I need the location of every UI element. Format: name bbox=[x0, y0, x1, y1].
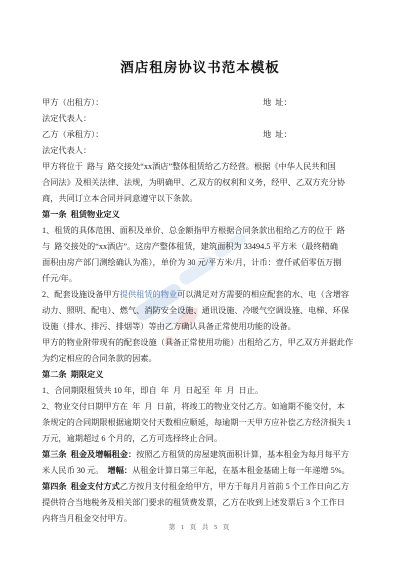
document-line: 仟元/年。 bbox=[42, 271, 360, 287]
document-line: 1、租赁的具体范围、面积及单价、总金额指甲方根据合同条款出租给乙方的位于 路 bbox=[42, 223, 360, 239]
document-line: 米人民币 30 元。 增幅：从租金计算日第三年起，在基本租金基础上每一年递增 5… bbox=[42, 463, 360, 479]
text-segment: 条规定的合同期限根据逾期交付天数相应顺延，每逾期一天甲方应补偿乙方经济损失 1 bbox=[42, 418, 351, 427]
text-segment: 第三条 租金及增幅租金： bbox=[42, 450, 136, 459]
document-line: 动力、照明、配电）、燃气、消防安全设施、通讯设施、冷暖气空调设施、电梯、环保 bbox=[42, 303, 360, 319]
text-segment: 面积由房产部门测绘确认为准），单价为 30 元/平方米/月，计币：壹仟贰佰零伍万… bbox=[42, 258, 341, 267]
document-line: 2、配套设施设备甲方提供租赁的物业可以满足对方需要的相应配套的水、电（含增容 bbox=[42, 287, 360, 303]
text-segment: 乙方按月支付租金给甲方，甲方于每月月首前 5 个工作日向乙方 bbox=[120, 482, 349, 491]
text-segment: 2、物业交付日期甲方在 年 月 日前，将竣工的物业交付乙方。如逾期不能交付，本 bbox=[42, 402, 345, 411]
address-label: 地 址： bbox=[263, 127, 292, 143]
text-segment: 与 路交接处的“xx酒店”。这房产整体租赁，建筑面积为 33494.5 平方米（… bbox=[42, 242, 338, 251]
document-line: 乙方（承租方）：地 址： bbox=[42, 127, 360, 143]
text-segment: 提供符合当地税务及相关部门要求的租赁费发票，乙方在收到上述发票后 3 个工作日 bbox=[42, 498, 345, 507]
text-segment: 第二条 期限定义 bbox=[42, 370, 103, 379]
document-line: 第二条 期限定义 bbox=[42, 367, 360, 383]
text-segment: 合同法》及相关法律、法规，为明确甲、乙双方的权利和义务，经甲、乙双方充分协 bbox=[42, 178, 345, 187]
text-segment: 商，共同订立本合同并同意遵守以下条款。 bbox=[42, 194, 198, 203]
document-title: 酒店租房协议书范本模板 bbox=[0, 56, 400, 76]
document-line: 与 路交接处的“xx酒店”。这房产整体租赁，建筑面积为 33494.5 平方米（… bbox=[42, 239, 360, 255]
document-line: 1、合同期限租赁共 10 年，即自 年 月 日起至 年 月 日止。 bbox=[42, 383, 360, 399]
document-line: 第一条 租赁物业定义 bbox=[42, 207, 360, 223]
text-segment: 第一条 租赁物业定义 bbox=[42, 210, 120, 219]
text-segment: 万元，逾期超过 6 个月的，乙方可选择终止合同。 bbox=[42, 434, 222, 443]
text-segment: 动力、照明、配电）、燃气、消防安全设施、通讯设施、冷暖气空调设施、电梯、环保 bbox=[42, 306, 349, 315]
document-line: 万元，逾期超过 6 个月的，乙方可选择终止合同。 bbox=[42, 431, 360, 447]
document-line: 提供符合当地税务及相关部门要求的租赁费发票，乙方在收到上述发票后 3 个工作日 bbox=[42, 495, 360, 511]
text-segment: 可以满足对方需要的相应配套的水、电（含增容 bbox=[177, 290, 349, 299]
text-segment: 按照乙方租赁的房屋建筑面积计算，基本租金为每月每平方 bbox=[136, 450, 349, 459]
highlighted-text: 提供租赁的物业 bbox=[120, 290, 177, 299]
document-line: 甲方的物业附带现有的配套设施（具备正常使用功能）出租给乙方，甲乙双方并据此作 bbox=[42, 335, 360, 351]
address-label: 地 址： bbox=[263, 95, 292, 111]
text-segment: 1、租赁的具体范围、面积及单价、总金额指甲方根据合同条款出租给乙方的位于 路 bbox=[42, 226, 345, 235]
text-segment: 第四条 租金支付方式 bbox=[42, 482, 120, 491]
document-line: 甲方将位于 路与 路交接处“xx酒店”整体租赁给乙方经营。根据《中华人民共和国 bbox=[42, 159, 360, 175]
text-segment: 米人民币 30 元。 bbox=[42, 466, 108, 475]
text-segment: 法定代表人： bbox=[42, 146, 91, 155]
document-line: 法定代表人： bbox=[42, 143, 360, 159]
document-line: 法定代表人： bbox=[42, 111, 360, 127]
text-segment: 乙方（承租方）： bbox=[42, 130, 103, 139]
document-line: 为约定相应的合同条款的因素。 bbox=[42, 351, 360, 367]
text-segment: 设施（排水、排污、排烟等）等由乙方确认具备正常使用功能的设备。 bbox=[42, 322, 296, 331]
page-number: 第 1 页 共 5 页 bbox=[0, 522, 400, 531]
document-line: 第四条 租金支付方式乙方按月支付租金给甲方，甲方于每月月首前 5 个工作日向乙方 bbox=[42, 479, 360, 495]
document-body: 甲方（出租方）：地 址：法定代表人：乙方（承租方）：地 址：法定代表人：甲方将位… bbox=[42, 95, 360, 527]
document-line: 2、物业交付日期甲方在 年 月 日前，将竣工的物业交付乙方。如逾期不能交付，本 bbox=[42, 399, 360, 415]
text-segment: 仟元/年。 bbox=[42, 274, 77, 283]
document-line: 设施（排水、排污、排烟等）等由乙方确认具备正常使用功能的设备。 bbox=[42, 319, 360, 335]
document-line: 条规定的合同期限根据逾期交付天数相应顺延，每逾期一天甲方应补偿乙方经济损失 1 bbox=[42, 415, 360, 431]
document-line: 面积由房产部门测绘确认为准），单价为 30 元/平方米/月，计币：壹仟贰佰零伍万… bbox=[42, 255, 360, 271]
text-segment: 从租金计算日第三年起，在基本租金基础上每一年递增 5%。 bbox=[132, 466, 350, 475]
text-segment: 甲方（出租方）： bbox=[42, 98, 103, 107]
text-segment: 增幅： bbox=[108, 466, 133, 475]
text-segment: 1、合同期限租赁共 10 年，即自 年 月 日起至 年 月 日止。 bbox=[42, 386, 263, 395]
text-segment: 2、配套设施设备甲方 bbox=[42, 290, 120, 299]
document-line: 甲方（出租方）：地 址： bbox=[42, 95, 360, 111]
document-line: 合同法》及相关法律、法规，为明确甲、乙双方的权利和义务，经甲、乙双方充分协 bbox=[42, 175, 360, 191]
text-segment: 甲方的物业附带现有的配套设施（具备正常使用功能）出租给乙方，甲乙双方并据此作 bbox=[42, 338, 353, 347]
text-segment: 法定代表人： bbox=[42, 114, 91, 123]
text-segment: 甲方将位于 路与 路交接处“xx酒店”整体租赁给乙方经营。根据《中华人民共和国 bbox=[42, 162, 336, 171]
document-page: 酒店租房协议书范本模板 甲方（出租方）：地 址：法定代表人：乙方（承租方）：地 … bbox=[0, 0, 400, 565]
document-line: 商，共同订立本合同并同意遵守以下条款。 bbox=[42, 191, 360, 207]
text-segment: 为约定相应的合同条款的因素。 bbox=[42, 354, 157, 363]
document-line: 第三条 租金及增幅租金：按照乙方租赁的房屋建筑面积计算，基本租金为每月每平方 bbox=[42, 447, 360, 463]
